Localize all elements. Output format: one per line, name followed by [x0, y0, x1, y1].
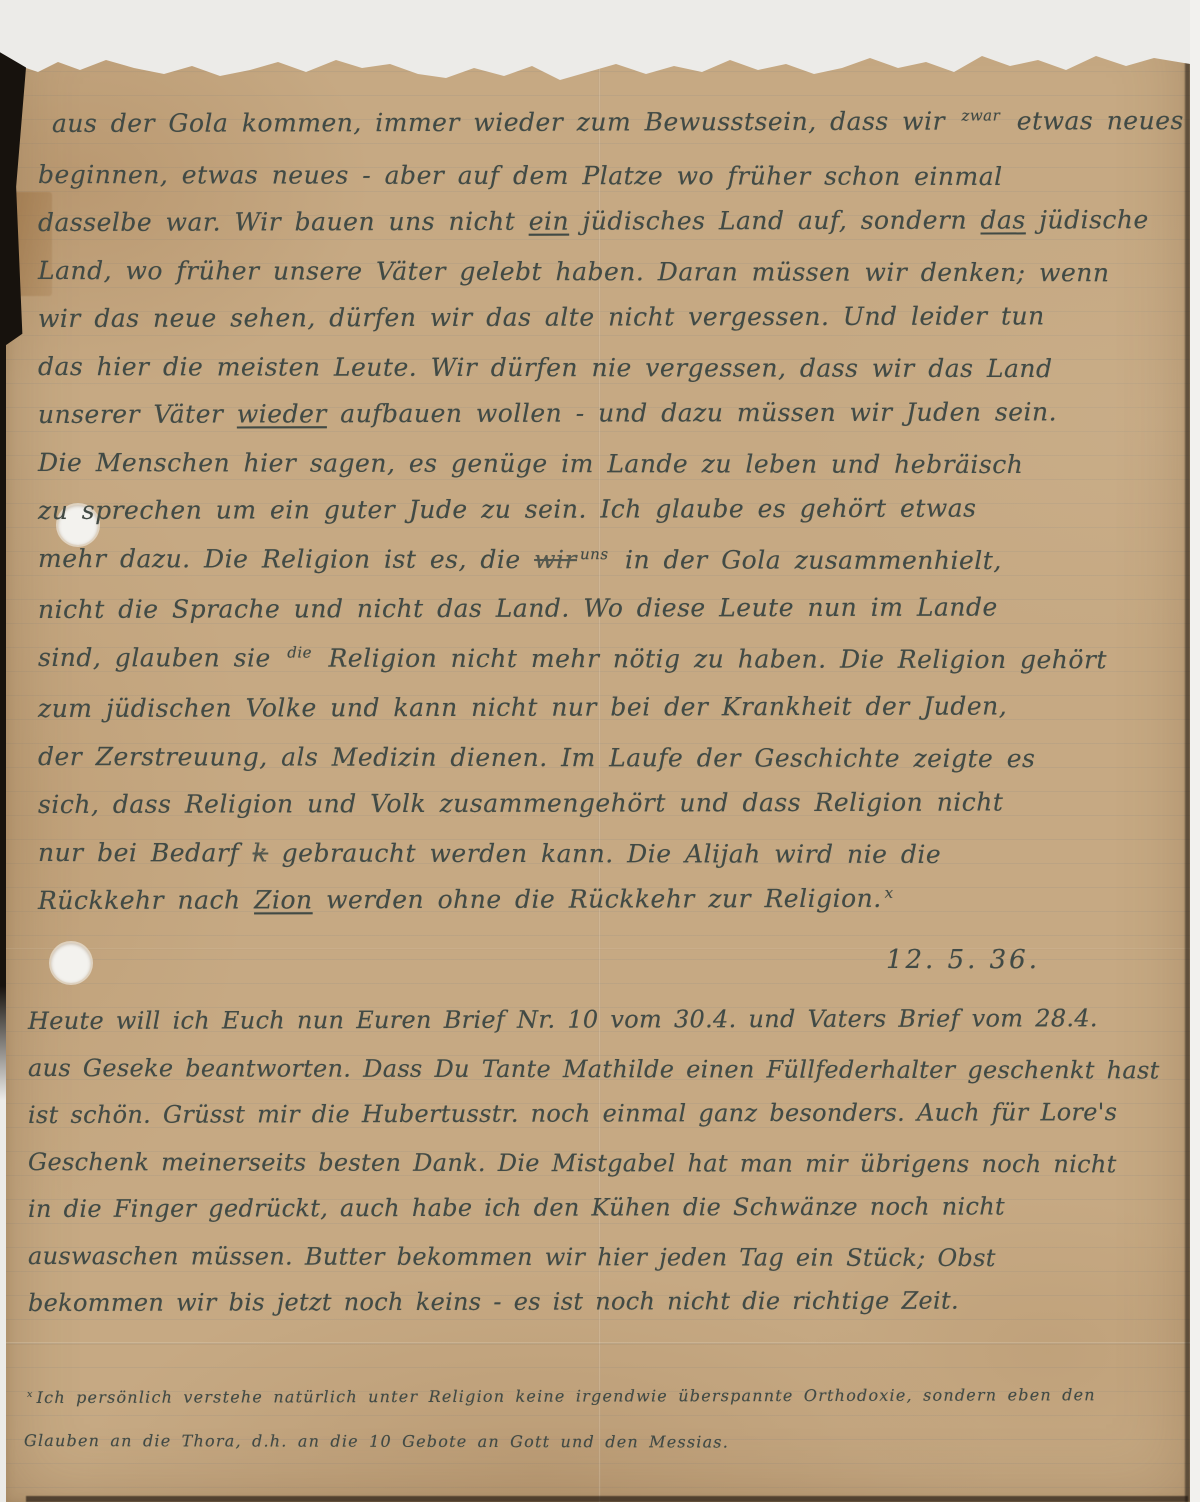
letter-line: nicht die Sprache und nicht das Land. Wo… [38, 583, 1170, 634]
letter-body-paragraph-1: aus der Gola kommen, immer wieder zum Be… [38, 100, 1170, 928]
letter-segment-u: Zion [254, 885, 313, 914]
letter-date: 12. 5. 36. [886, 945, 1040, 975]
letter-line: Rückkehr nach Zion werden ohne die Rückk… [38, 874, 1170, 928]
letter-segment-u: ein [529, 207, 569, 236]
letter-line: wir das neue sehen, dürfen wir das alte … [38, 292, 1170, 343]
letter-segment-strike: k [253, 838, 269, 867]
letter-page: aus der Gola kommen, immer wieder zum Be… [6, 0, 1190, 1502]
letter-line: Geschenk meinerseits besten Dank. Die Mi… [28, 1139, 1170, 1188]
letter-segment: werden ohne die Rückkehr zur Religion. [313, 884, 882, 914]
letter-segment: nicht die Sprache und nicht das Land. Wo… [38, 592, 998, 624]
letter-line: zum jüdischen Volke und kann nicht nur b… [38, 682, 1170, 733]
letter-segment: beginnen, etwas neues - aber auf dem Pla… [38, 160, 1003, 191]
letter-segment: Religion nicht mehr nötig zu haben. Die … [315, 644, 1107, 675]
letter-line: dasselbe war. Wir bauen uns nicht ein jü… [38, 196, 1170, 247]
letter-segment-u: wieder [237, 399, 327, 428]
letter-segment: der Zerstreuung, als Medizin dienen. Im … [38, 742, 1035, 773]
letter-segment: nur bei Bedarf [38, 838, 253, 867]
letter-content: aus der Gola kommen, immer wieder zum Be… [6, 0, 1190, 1502]
letter-segment: jüdisches Land auf, sondern [569, 206, 980, 236]
letter-line: sind, glauben sie die Religion nicht meh… [38, 634, 1170, 687]
letter-segment-sup: die [287, 628, 312, 676]
letter-segment: mehr dazu. Die Religion ist es, die [38, 544, 534, 574]
letter-line: ist schön. Grüsst mir die Hubertusstr. n… [28, 1089, 1170, 1139]
letter-line: auswaschen müssen. Butter bekommen wir h… [28, 1233, 1170, 1282]
letter-segment: etwas neues [1003, 106, 1184, 135]
letter-segment: bekommen wir bis jetzt noch keins - es i… [28, 1287, 959, 1317]
scanned-letter: aus der Gola kommen, immer wieder zum Be… [0, 0, 1200, 1502]
letter-segment: unserer Väter [38, 399, 237, 429]
letter-line: unserer Väter wieder aufbauen wollen - u… [38, 388, 1170, 439]
letter-segment: sind, glauben sie [38, 643, 284, 673]
letter-line: mehr dazu. Die Religion ist es, die wiru… [38, 535, 1170, 588]
letter-segment: sich, dass Religion und Volk zusammengeh… [38, 787, 1004, 819]
letter-segment: dasselbe war. Wir bauen uns nicht [38, 207, 529, 237]
letter-line: Glauben an die Thora, d.h. an die 10 Geb… [24, 1421, 1170, 1463]
letter-segment: Land, wo früher unsere Väter gelebt habe… [38, 256, 1110, 287]
letter-line: xIch persönlich verstehe natürlich unter… [24, 1375, 1170, 1421]
letter-segment: jüdische [1026, 205, 1149, 234]
letter-segment: Rückkehr nach [38, 885, 254, 915]
letter-line: Land, wo früher unsere Väter gelebt habe… [38, 247, 1170, 297]
letter-segment: aus der Gola kommen, immer wieder zum Be… [52, 107, 959, 138]
letter-segment-sup: uns [580, 530, 609, 578]
letter-footnote: xIch persönlich verstehe natürlich unter… [24, 1378, 1170, 1461]
letter-segment: Geschenk meinerseits besten Dank. Die Mi… [28, 1148, 1117, 1178]
letter-segment: auswaschen müssen. Butter bekommen wir h… [28, 1242, 996, 1272]
letter-segment: Glauben an die Thora, d.h. an die 10 Geb… [24, 1431, 729, 1451]
letter-segment: ist schön. Grüsst mir die Hubertusstr. n… [28, 1098, 1117, 1129]
letter-segment: das hier die meisten Leute. Wir dürfen n… [38, 352, 1053, 383]
letter-segment: Die Menschen hier sagen, es genüge im La… [38, 448, 1023, 479]
letter-segment-u: das [980, 205, 1025, 234]
letter-segment: Heute will ich Euch nun Euren Brief Nr. … [28, 1004, 1098, 1035]
letter-segment: wir das neue sehen, dürfen wir das alte … [38, 301, 1045, 333]
letter-segment: zum jüdischen Volke und kann nicht nur b… [38, 691, 1007, 723]
scan-artifact-left-edge [0, 340, 6, 1100]
letter-line: sich, dass Religion und Volk zusammengeh… [38, 778, 1170, 829]
letter-segment: zu sprechen um ein guter Jude zu sein. I… [38, 494, 977, 525]
letter-segment-strike: wir [534, 545, 577, 574]
letter-segment: in die Finger gedrückt, auch habe ich de… [28, 1192, 1005, 1223]
letter-segment: aufbauen wollen - und dazu müssen wir Ju… [327, 397, 1057, 428]
letter-line: Die Menschen hier sagen, es genüge im La… [38, 439, 1170, 489]
letter-line: aus der Gola kommen, immer wieder zum Be… [38, 97, 1170, 151]
letter-line: zu sprechen um ein guter Jude zu sein. I… [38, 484, 1170, 535]
letter-line: Heute will ich Euch nun Euren Brief Nr. … [28, 995, 1170, 1045]
letter-segment-sup: x [27, 1375, 34, 1415]
letter-line: in die Finger gedrückt, auch habe ich de… [28, 1183, 1170, 1233]
letter-line: der Zerstreuung, als Medizin dienen. Im … [38, 733, 1170, 783]
letter-body-paragraph-2: Heute will ich Euch nun Euren Brief Nr. … [28, 998, 1170, 1327]
letter-segment: in der Gola zusammenhielt, [612, 545, 1002, 575]
letter-segment-sup: zwar [961, 91, 1000, 139]
letter-line: beginnen, etwas neues - aber auf dem Pla… [38, 151, 1170, 201]
letter-segment-sup: x [885, 868, 894, 916]
scanner-right-strip [1190, 0, 1200, 1502]
letter-segment: aus Geseke beantworten. Dass Du Tante Ma… [28, 1054, 1160, 1084]
letter-segment: gebraucht werden kann. Die Alijah wird n… [268, 838, 941, 868]
letter-line: nur bei Bedarf k gebraucht werden kann. … [38, 829, 1170, 879]
letter-segment: Ich persönlich verstehe natürlich unter … [37, 1385, 1096, 1407]
letter-line: aus Geseke beantworten. Dass Du Tante Ma… [28, 1045, 1170, 1094]
letter-line: bekommen wir bis jetzt noch keins - es i… [28, 1277, 1170, 1327]
letter-line: das hier die meisten Leute. Wir dürfen n… [38, 343, 1170, 393]
